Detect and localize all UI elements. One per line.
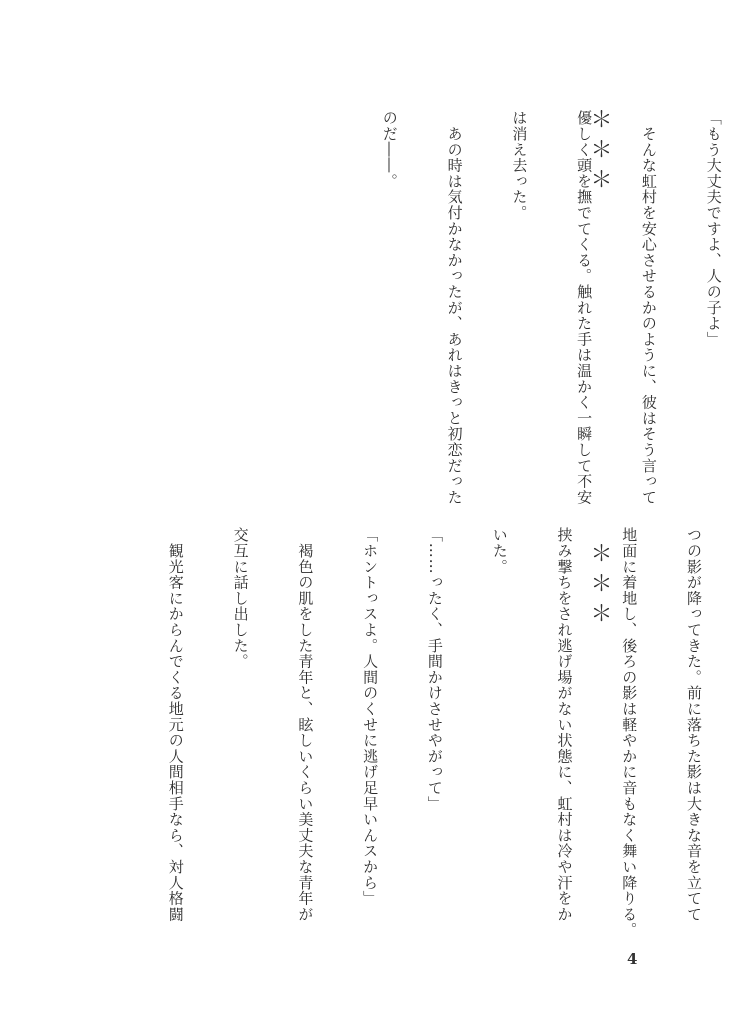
text-line: 挟み撃ちをされ逃げ場がない状態に、虹村は冷や汗をか <box>553 527 575 927</box>
text-line: 地面に着地し、後ろの影は軽やかに音もなく舞い降りる。 <box>618 527 640 927</box>
book-page: ＊＊＊ あの日は朝から蝉が鳴きわめき、太陽がギラギラと照 り付けていた。 走り回… <box>0 0 730 1024</box>
text-line: いた。 <box>488 527 510 927</box>
text-line: 「もう大丈夫ですよ、人の子よ」 <box>702 110 724 492</box>
text-line: 「……ったく、手間かけさせやがって」 <box>423 527 445 927</box>
text-section-2: ここは一体どこだろうか。人気のない路地裏で立ち止 まり、虹村修造は肩で息をした。… <box>121 527 730 927</box>
text-line: つの影が降ってきた。前に落ちた影は大きな音を立てて <box>682 527 704 927</box>
text-line: 観光客にからんでくる地元の人間相手なら、対人格闘 <box>164 527 186 927</box>
text-line: そんな虹村を安心させるかのように、彼はそう言って <box>637 110 659 492</box>
text-line: は消え去った。 <box>508 110 530 492</box>
text-line: 「ホントっスよ。人間のくせに逃げ足早いんスから」 <box>359 527 381 927</box>
text-line: 優しく頭を撫でてくる。触れた手は温かく一瞬して不安 <box>573 110 595 492</box>
text-section-1: あの日は朝から蝉が鳴きわめき、太陽がギラギラと照 り付けていた。 走り回っていた… <box>335 110 730 492</box>
text-line: 交互に話し出した。 <box>229 527 251 927</box>
text-line: あの時は気付かなかったが、あれはきっと初恋だった <box>443 110 465 492</box>
text-line: 褐色の肌をした青年と、眩しいくらい美丈夫な青年が <box>294 527 316 927</box>
page-number: 4 <box>627 950 637 968</box>
text-line: のだ――。 <box>378 110 400 492</box>
